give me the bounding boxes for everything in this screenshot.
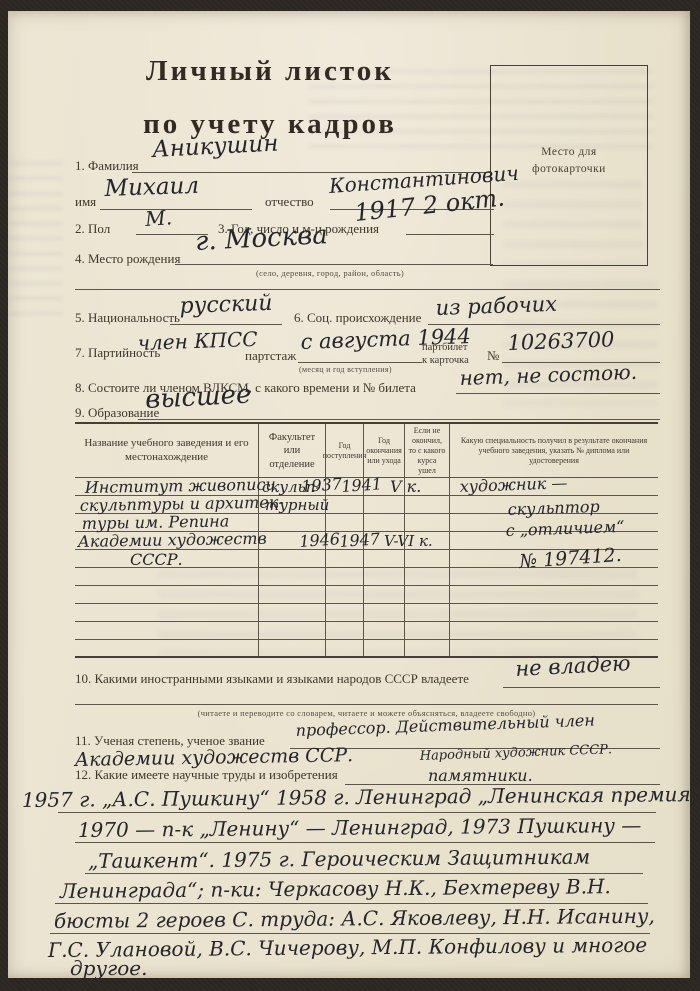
- works-line: 1970 — п-к „Ленину“ — Ленинград, 1973 Пу…: [78, 813, 642, 842]
- field-social-origin-label: 6. Соц. происхождение: [294, 310, 421, 326]
- field-birthplace-label: 4. Место рождения: [75, 251, 180, 267]
- field-party-card-label1: партбилет: [422, 342, 467, 353]
- field-party-card-no-value: 10263700: [507, 327, 615, 355]
- works-line: 1957 г. „А.С. Пушкину“ 1958 г. Ленинград…: [22, 782, 690, 812]
- table-course-2: V-VI к.: [384, 532, 433, 550]
- form-title: Личный листок по учету кадров: [120, 57, 420, 139]
- field-party-stage-caption: (месяц и год вступления): [299, 365, 392, 374]
- table-faculty-line: турный: [265, 496, 329, 514]
- field-sex-label: 2. Пол: [75, 221, 110, 237]
- table-year-start-1: 1937: [301, 474, 343, 496]
- field-birthplace-caption: (село, деревня, город, район, область): [256, 268, 404, 278]
- field-social-origin-value: из рабочих: [435, 292, 557, 320]
- table-year-start-2: 1946: [299, 529, 341, 551]
- education-table-header: Название учебного заведения и его местон…: [75, 422, 658, 478]
- table-year-end-2: 1947: [339, 529, 381, 551]
- bleed-through: [8, 161, 63, 321]
- education-col-year-start: Год поступления: [325, 424, 363, 478]
- form-sheet: Личный листок по учету кадров Место для …: [8, 11, 690, 978]
- works-line: „Ташкент“. 1975 г. Героическим Защитника…: [88, 845, 591, 873]
- table-specialty-line: скульптор: [507, 497, 600, 519]
- field-degree-value-line3: Народный художник СССР.: [419, 742, 612, 764]
- table-column-line: [404, 478, 405, 656]
- education-col-institution: Название учебного заведения и его местон…: [75, 424, 258, 478]
- rule: [456, 393, 660, 394]
- table-institution-line: Академии художеств: [78, 529, 267, 551]
- field-birthplace-value: г. Москва: [194, 220, 328, 257]
- field-komsomol-value: нет, не состою.: [459, 360, 637, 390]
- works-line: Ленинграда“; п-ки: Черкасову Н.К., Бехте…: [60, 874, 611, 903]
- rule: [406, 234, 494, 235]
- education-col-year-end: Год окончания или ухода: [363, 424, 404, 478]
- table-course-1: V к.: [390, 477, 421, 496]
- field-firstname-value: Михаил: [104, 173, 199, 202]
- field-party-card-label2: к карточка: [422, 355, 469, 366]
- field-works-label: 12. Какие имеете научные труды и изобрет…: [75, 767, 338, 783]
- education-col-faculty: Факультет или отделение: [258, 424, 325, 478]
- field-party-value: член КПСС: [137, 327, 258, 355]
- rule: [138, 419, 660, 420]
- works-line: бюсты 2 героев С. труда: А.С. Яковлеву, …: [54, 904, 655, 933]
- works-line: другое.: [70, 956, 147, 978]
- field-languages-value: не владею: [515, 651, 631, 681]
- field-party-stage-label: партстаж: [245, 348, 296, 364]
- field-education-value: высшее: [144, 379, 252, 415]
- table-specialty-line: художник —: [459, 473, 567, 496]
- rule: [175, 264, 493, 265]
- section-divider: [75, 289, 660, 290]
- field-firstname-label: имя: [75, 194, 96, 210]
- table-year-end-1: 1941: [341, 474, 383, 496]
- field-languages-label: 10. Какими иностранными языками и языкам…: [75, 671, 469, 687]
- table-column-line: [449, 478, 450, 656]
- rule: [298, 362, 422, 363]
- scanned-document-page: { "form": { "title_line1": "Личный листо…: [0, 0, 700, 991]
- rule: [100, 209, 252, 210]
- table-institution-line: СССР.: [130, 550, 183, 569]
- education-col-course-left: Если не окончил, то с какого курса ушел: [404, 424, 449, 478]
- field-surname-value: Аникушин: [152, 130, 279, 163]
- field-surname-label: 1. Фамилия: [75, 158, 139, 174]
- form-title-line1: Личный листок: [120, 57, 420, 86]
- rule: [75, 704, 658, 705]
- field-works-value: памятники.: [428, 766, 533, 785]
- rule: [75, 842, 655, 843]
- field-nationality-value: русский: [179, 291, 273, 319]
- field-patronymic-label: отчество: [265, 194, 314, 210]
- field-party-card-no-label: №: [487, 348, 499, 364]
- photo-placeholder-label: Место для фотокарточки: [509, 144, 629, 179]
- rule: [170, 324, 282, 325]
- rule: [503, 687, 660, 688]
- field-sex-value: М.: [144, 205, 172, 231]
- field-nationality-label: 5. Национальность: [75, 310, 180, 326]
- education-col-specialty: Какую специальность получил в результате…: [449, 424, 658, 478]
- table-column-line: [363, 478, 364, 656]
